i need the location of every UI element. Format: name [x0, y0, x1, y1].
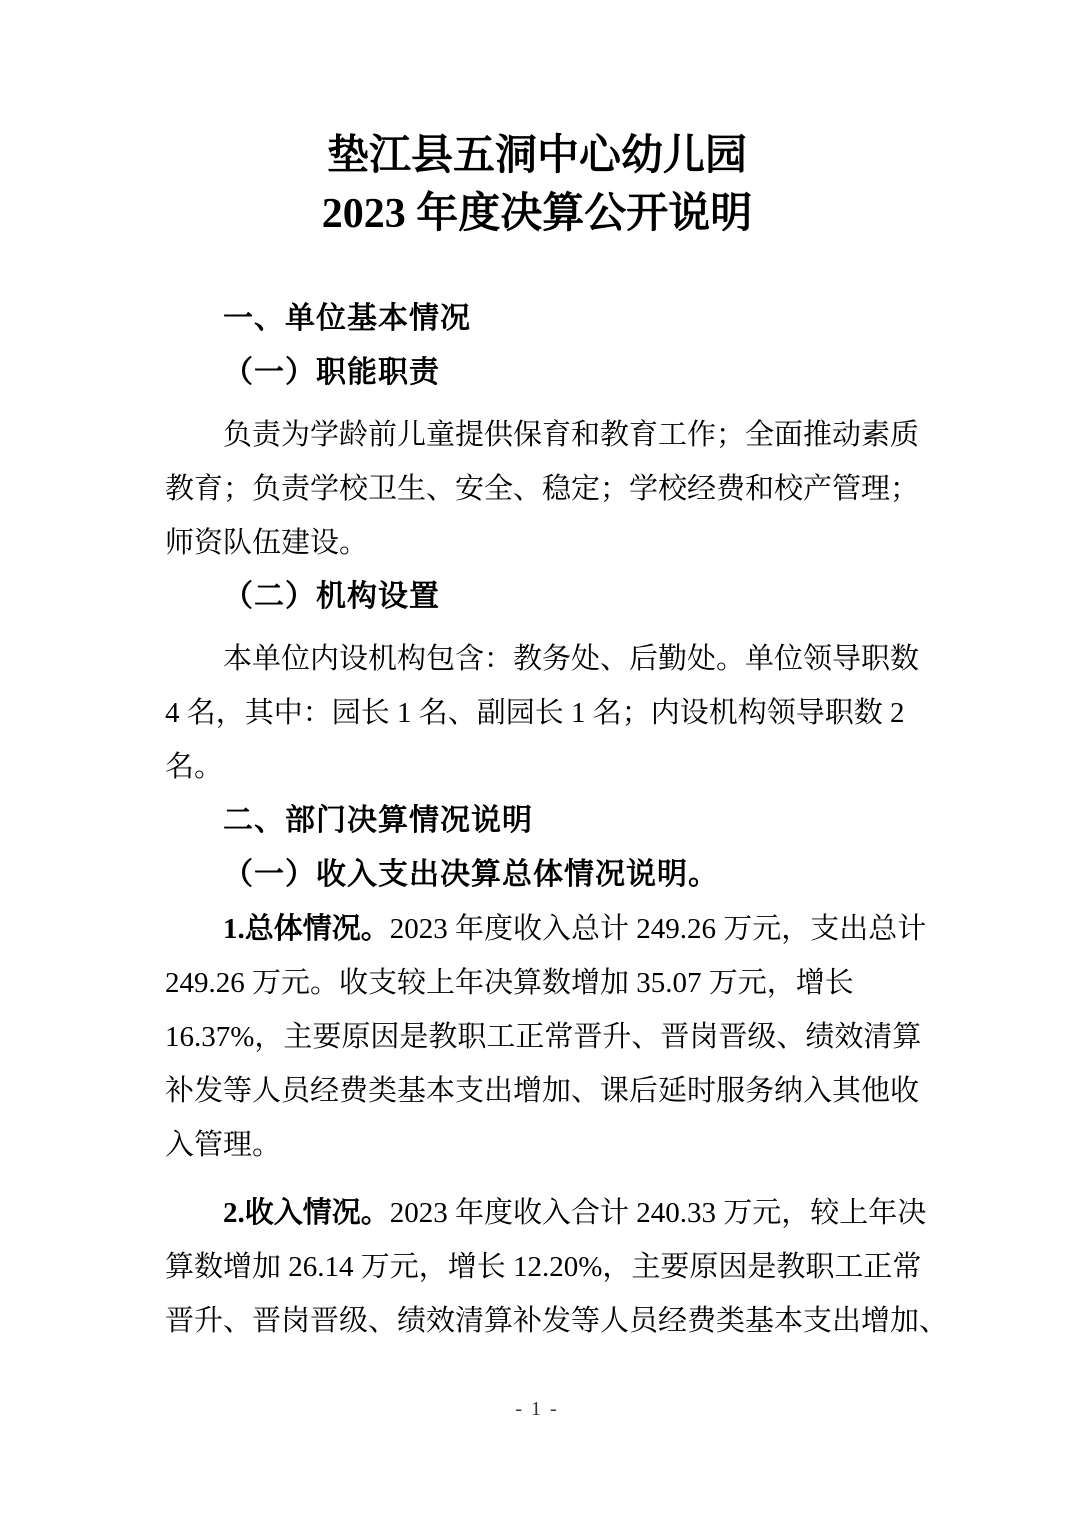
page-number: - 1 - — [515, 1398, 558, 1420]
section-1-2-heading: （二）机构设置 — [165, 570, 918, 624]
paragraph-line: 1.总体情况。2023 年度收入总计 249.26 万元，支出总计 — [165, 902, 918, 956]
paragraph-organization: 本单位内设机构包含：教务处、后勤处。单位领导职数 4 名，其中：园长 1 名、副… — [165, 632, 918, 794]
paragraph-line: 教育；负责学校卫生、安全、稳定；学校经费和校产管理； — [165, 462, 918, 516]
paragraph-line: 算数增加 26.14 万元，增长 12.20%，主要原因是教职工正常 — [165, 1240, 918, 1294]
paragraph-line: 249.26 万元。收支较上年决算数增加 35.07 万元，增长 — [165, 956, 918, 1010]
paragraph-line: 16.37%，主要原因是教职工正常晋升、晋岗晋级、绩效清算 — [165, 1010, 918, 1064]
document-body: 一、单位基本情况 （一）职能职责 负责为学龄前儿童提供保育和教育工作；全面推动素… — [165, 292, 918, 1348]
page-footer: - 1 - — [0, 1398, 1074, 1421]
paragraph-line: 补发等人员经费类基本支出增加、课后延时服务纳入其他收 — [165, 1064, 918, 1118]
income-situation-lead-label: 2.收入情况。 — [223, 1197, 390, 1229]
title-line-2: 2023 年度决算公开说明 — [0, 185, 1074, 243]
section-1-1-heading: （一）职能职责 — [165, 346, 918, 400]
title-line-1: 垫江县五洞中心幼儿园 — [0, 127, 1074, 185]
paragraph-text: 2023 年度收入合计 240.33 万元，较上年决 — [390, 1197, 927, 1229]
paragraph-overall-situation: 1.总体情况。2023 年度收入总计 249.26 万元，支出总计 249.26… — [165, 902, 918, 1172]
overall-situation-lead-label: 1.总体情况。 — [223, 913, 390, 945]
paragraph-line: 晋升、晋岗晋级、绩效清算补发等人员经费类基本支出增加、 — [165, 1294, 918, 1348]
section-1-heading: 一、单位基本情况 — [165, 292, 918, 346]
section-2-1-heading: （一）收入支出决算总体情况说明。 — [165, 848, 918, 902]
document-title: 垫江县五洞中心幼儿园 2023 年度决算公开说明 — [0, 0, 1074, 243]
paragraph-line: 本单位内设机构包含：教务处、后勤处。单位领导职数 — [165, 632, 918, 686]
paragraph-text: 2023 年度收入总计 249.26 万元，支出总计 — [390, 913, 927, 945]
paragraph-line: 负责为学龄前儿童提供保育和教育工作；全面推动素质 — [165, 408, 918, 462]
paragraph-duties: 负责为学龄前儿童提供保育和教育工作；全面推动素质 教育；负责学校卫生、安全、稳定… — [165, 408, 918, 570]
paragraph-line: 2.收入情况。2023 年度收入合计 240.33 万元，较上年决 — [165, 1186, 918, 1240]
paragraph-line: 名。 — [165, 740, 918, 794]
paragraph-line: 4 名，其中：园长 1 名、副园长 1 名；内设机构领导职数 2 — [165, 686, 918, 740]
paragraph-income-situation: 2.收入情况。2023 年度收入合计 240.33 万元，较上年决 算数增加 2… — [165, 1186, 918, 1348]
paragraph-line: 师资队伍建设。 — [165, 516, 918, 570]
section-2-heading: 二、部门决算情况说明 — [165, 794, 918, 848]
paragraph-line: 入管理。 — [165, 1118, 918, 1172]
document-page: 垫江县五洞中心幼儿园 2023 年度决算公开说明 一、单位基本情况 （一）职能职… — [0, 0, 1074, 1520]
